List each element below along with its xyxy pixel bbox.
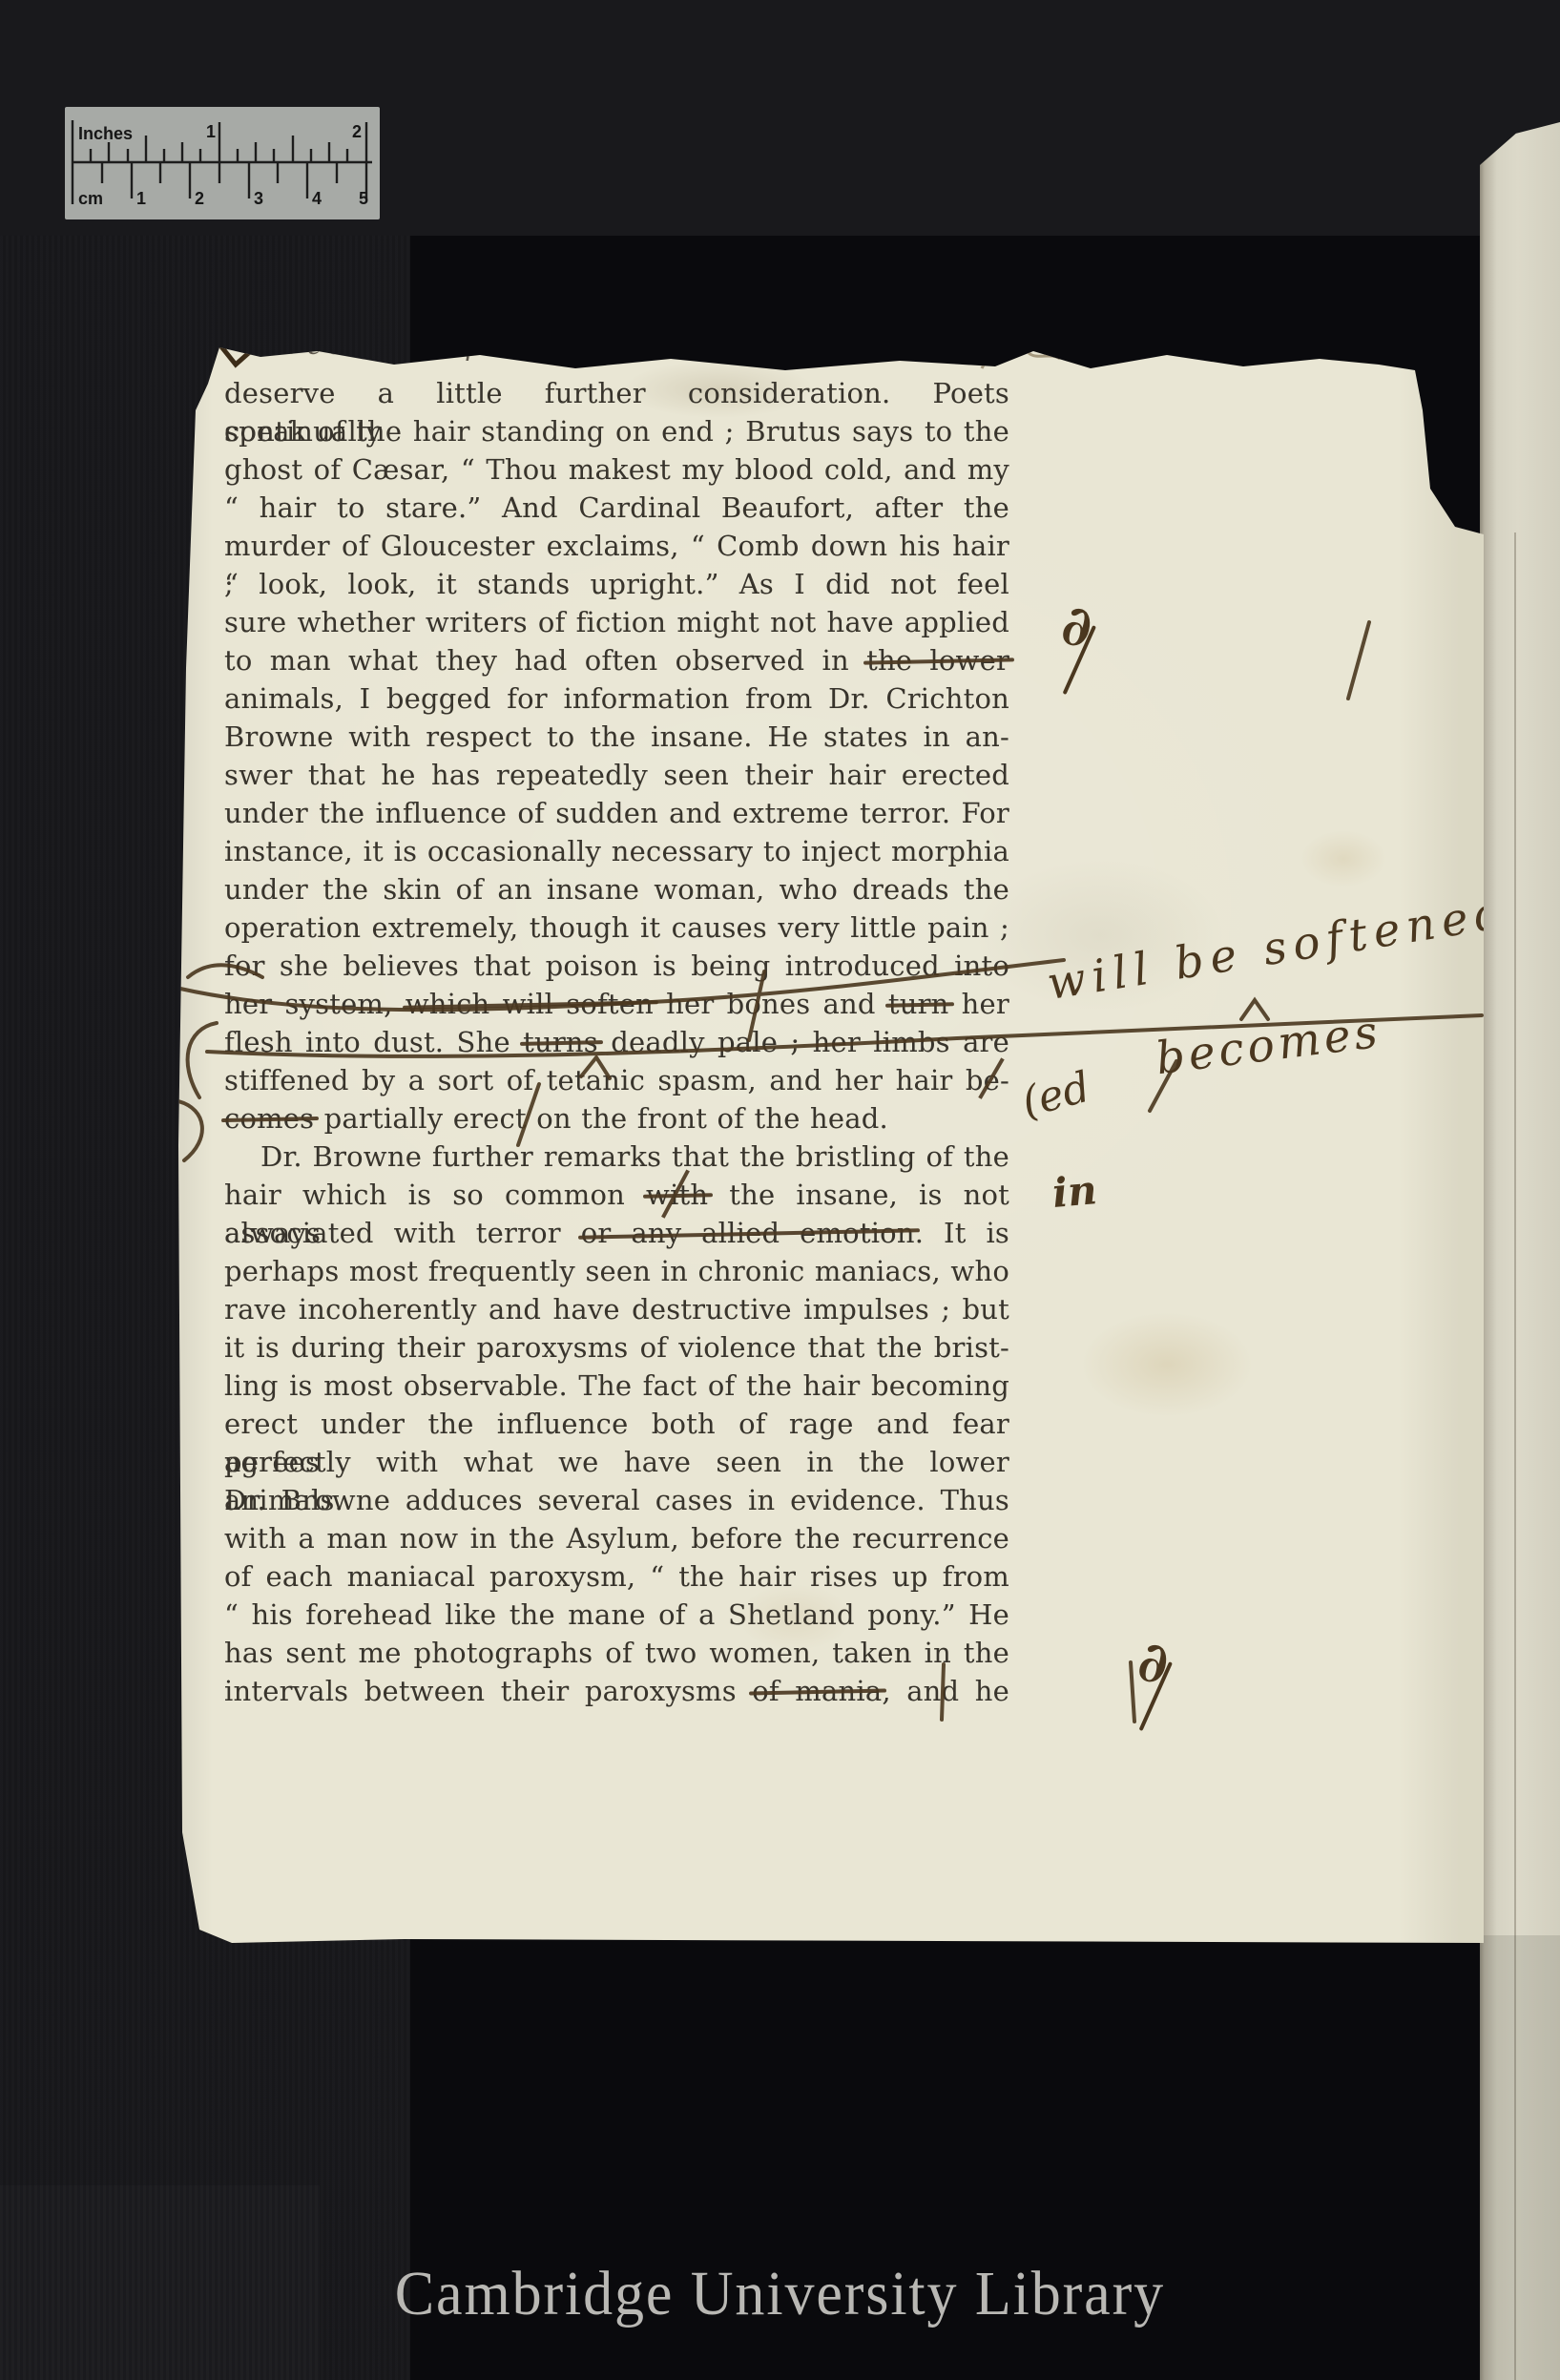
scale-ruler: Inches 1 2 cm 1 2 3 4 5 xyxy=(65,107,380,219)
ink-hook-system xyxy=(188,965,262,977)
ink-hook-comes xyxy=(178,1101,202,1160)
library-watermark: Cambridge University Library xyxy=(395,2258,1165,2330)
ruler-cm-4: 4 xyxy=(312,189,322,208)
ink-slash-erect-on xyxy=(518,1084,539,1145)
ink-bar-of xyxy=(942,1664,944,1720)
ink-stroke-soften xyxy=(180,960,1064,1010)
ruler-graphic: Inches 1 2 cm 1 2 3 4 5 xyxy=(65,107,380,219)
ruler-inches-label: Inches xyxy=(78,124,133,143)
ink-slash-after-soften xyxy=(749,971,764,1040)
ruler-cm-5: 5 xyxy=(359,189,368,208)
ruler-cm-label: cm xyxy=(78,189,103,208)
ink-slash-the-lower xyxy=(1348,622,1369,699)
ink-hook-flesh xyxy=(188,1023,217,1097)
ruler-cm-1: 1 xyxy=(136,189,146,208)
ink-stroke-turns xyxy=(207,1015,1482,1056)
ink-caret-after-bones xyxy=(1241,1000,1268,1019)
ink-bar-mania xyxy=(1131,1662,1134,1722)
ruler-cm-2: 2 xyxy=(195,189,204,208)
proof-clipping-page: Erection of the deserve a little further… xyxy=(175,344,1484,1949)
ink-caret-after-turns xyxy=(581,1057,610,1078)
ruler-cm-3: 3 xyxy=(254,189,263,208)
ruler-inch-1: 1 xyxy=(206,122,216,141)
album-photograph: { "ruler": { "inches_label": "Inches", "… xyxy=(0,0,1560,2380)
ruler-inch-2: 2 xyxy=(352,122,362,141)
watermark-bar: Cambridge University Library xyxy=(0,2258,1560,2330)
ink-marks-overlay xyxy=(175,344,1484,1949)
album-leaf-edge xyxy=(1480,122,1560,2380)
ink-slash-be xyxy=(1150,1061,1176,1111)
